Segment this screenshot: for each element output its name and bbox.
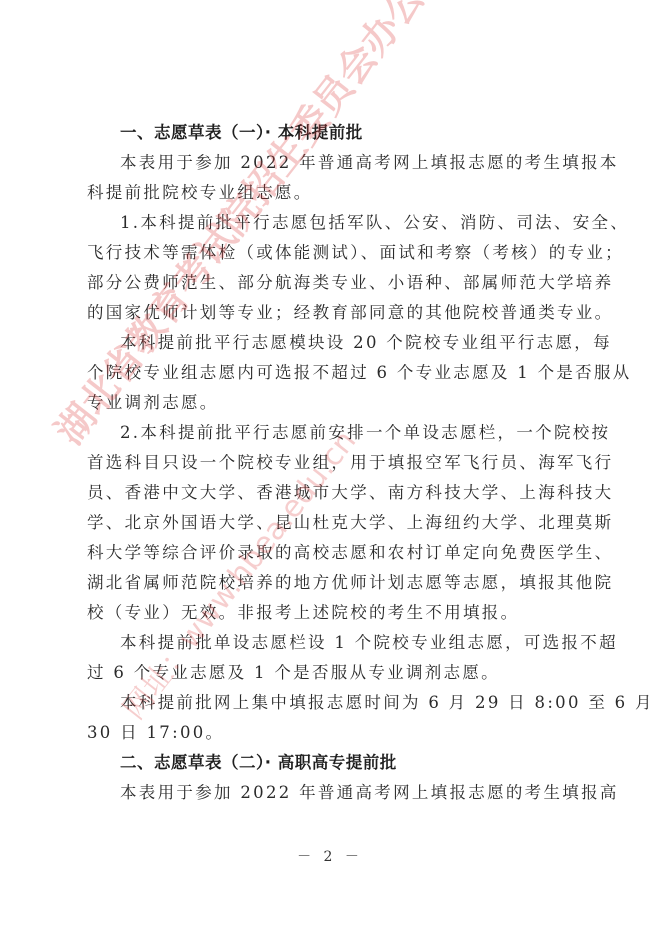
paragraph-line: 湖北省属师范院校培养的地方优师计划志愿等志愿，填报其他院 xyxy=(87,568,582,598)
paragraph-line: 本表用于参加 2022 年普通高考网上填报志愿的考生填报高 xyxy=(87,778,582,808)
paragraph-line: 1.本科提前批平行志愿包括军队、公安、消防、司法、安全、 xyxy=(87,208,582,238)
paragraph-line: 本科提前批平行志愿模块设 20 个院校专业组平行志愿，每 xyxy=(87,328,582,358)
paragraph-line: 科大学等综合评价录取的高校志愿和农村订单定向免费医学生、 xyxy=(87,538,582,568)
paragraph-line: 专业调剂志愿。 xyxy=(87,388,582,418)
paragraph-line: 2.本科提前批平行志愿前安排一个单设志愿栏，一个院校按 xyxy=(87,418,582,448)
section1-heading: 一、志愿草表（一）· 本科提前批 xyxy=(87,118,582,148)
paragraph-line: 本表用于参加 2022 年普通高考网上填报志愿的考生填报本 xyxy=(87,148,582,178)
paragraph-line: 学、北京外国语大学、昆山杜克大学、上海纽约大学、北理莫斯 xyxy=(87,508,582,538)
paragraph-line: 首选科目只设一个院校专业组，用于填报空军飞行员、海军飞行 xyxy=(87,448,582,478)
paragraph-line: 本科提前批网上集中填报志愿时间为 6 月 29 日 8:00 至 6 月 xyxy=(87,688,582,718)
document-page: 一、志愿草表（一）· 本科提前批 本表用于参加 2022 年普通高考网上填报志愿… xyxy=(0,0,660,932)
paragraph-line: 个院校专业组志愿内可选报不超过 6 个专业志愿及 1 个是否服从 xyxy=(87,358,582,388)
paragraph-line: 校（专业）无效。非报考上述院校的考生不用填报。 xyxy=(87,598,582,628)
paragraph-line: 本科提前批单设志愿栏设 1 个院校专业组志愿，可选报不超 xyxy=(87,628,582,658)
paragraph-line: 过 6 个专业志愿及 1 个是否服从专业调剂志愿。 xyxy=(87,658,582,688)
paragraph-line: 飞行技术等需体检（或体能测试）、面试和考察（考核）的专业； xyxy=(87,238,582,268)
paragraph-line: 30 日 17:00。 xyxy=(87,718,582,748)
paragraph-line: 科提前批院校专业组志愿。 xyxy=(87,178,582,208)
paragraph-line: 员、香港中文大学、香港城市大学、南方科技大学、上海科技大 xyxy=(87,478,582,508)
paragraph-line: 的国家优师计划等专业；经教育部同意的其他院校普通类专业。 xyxy=(87,298,582,328)
paragraph-line: 部分公费师范生、部分航海类专业、小语种、部属师范大学培养 xyxy=(87,268,582,298)
page-number: － 2 － xyxy=(0,846,660,866)
document-body: 一、志愿草表（一）· 本科提前批 本表用于参加 2022 年普通高考网上填报志愿… xyxy=(87,118,582,808)
section2-heading: 二、志愿草表（二）· 高职高专提前批 xyxy=(87,748,582,778)
